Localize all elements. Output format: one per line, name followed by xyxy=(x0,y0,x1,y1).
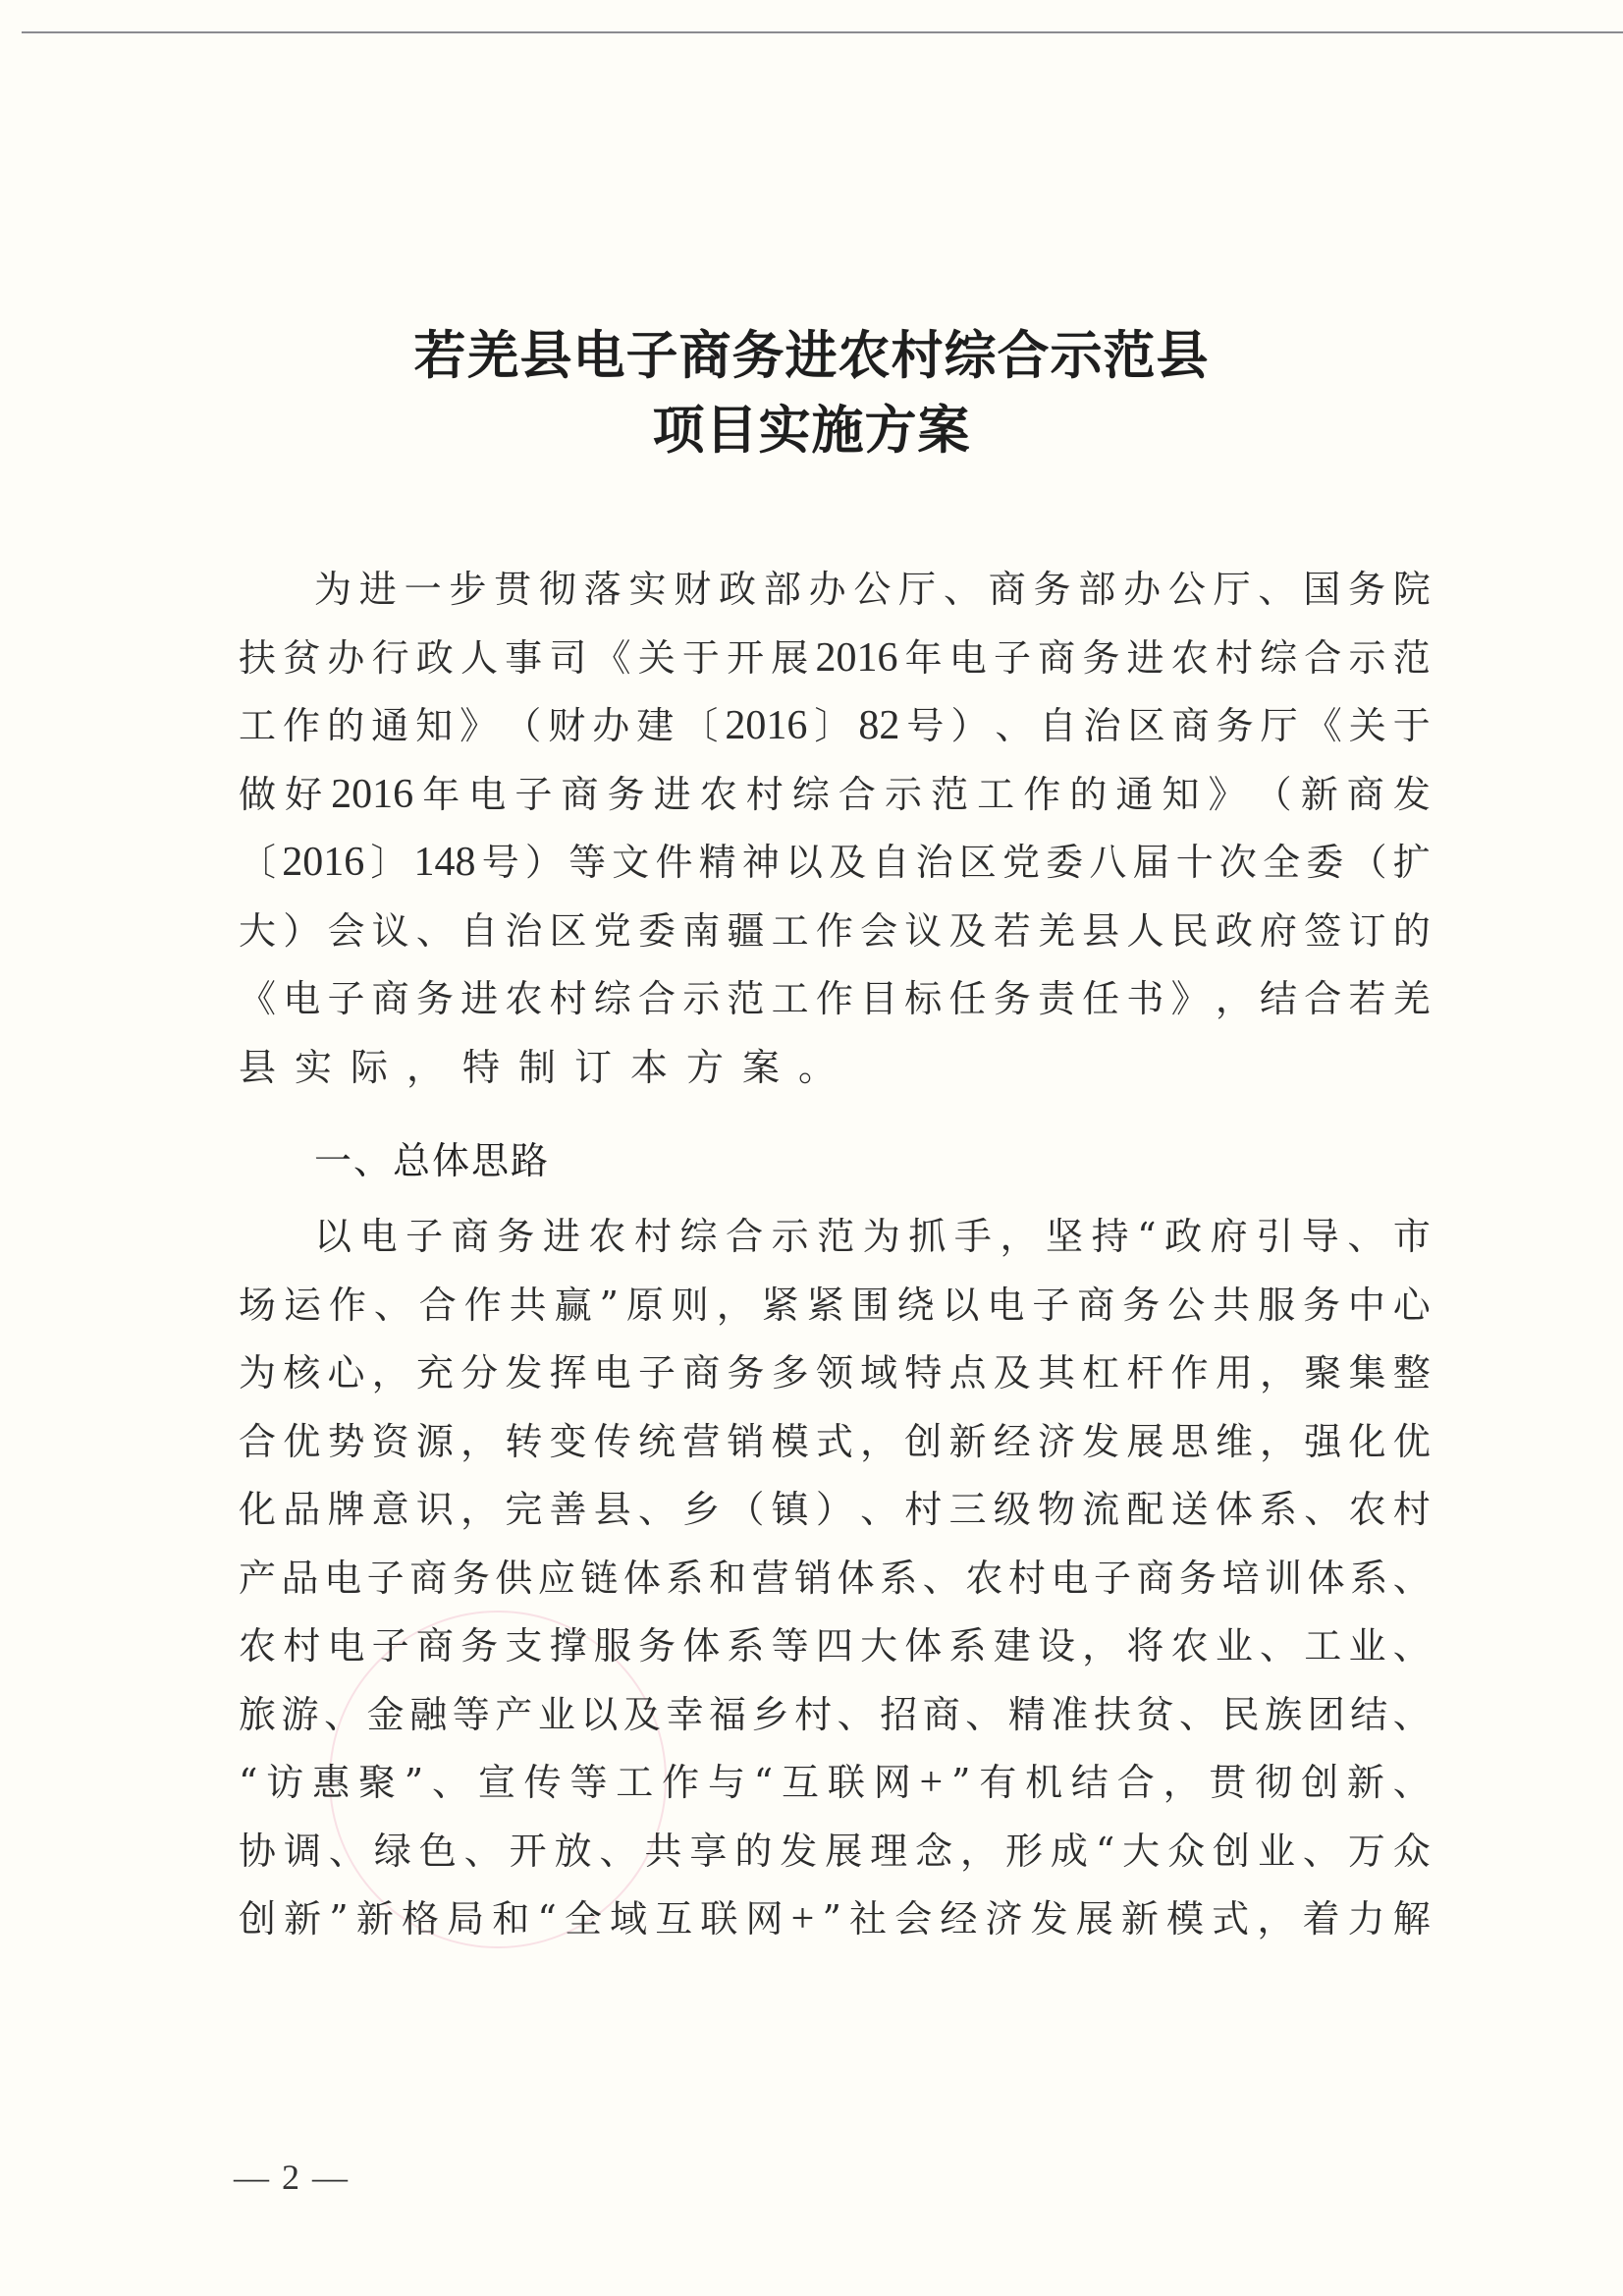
text-line: 场运作、合作共赢”原则，紧紧围绕以电子商务公共服务中心 xyxy=(239,1286,1431,1324)
text-line: 以电子商务进农村综合示范为抓手，坚持“政府引导、市 xyxy=(314,1218,1431,1255)
text-line: 《电子商务进农村综合示范工作目标任务责任书》，结合若羌 xyxy=(239,980,1431,1017)
text-line: 大）会议、自治区党委南疆工作会议及若羌县人民政府签订的 xyxy=(239,912,1431,950)
document-body: 为进一步贯彻落实财政部办公厅、商务部办公厅、国务院 扶贫办行政人事司《关于开展2… xyxy=(239,0,1431,2296)
text-line: 〔2016〕148号）等文件精神以及自治区党委八届十次全委（扩 xyxy=(239,844,1431,881)
text-line: 协调、绿色、开放、共享的发展理念，形成“大众创业、万众 xyxy=(239,1832,1431,1870)
text-line: 创新”新格局和“全域互联网+”社会经济发展新模式，着力解 xyxy=(239,1900,1431,1938)
text-line: 为核心，充分发挥电子商务多领域特点及其杠杆作用，聚集整 xyxy=(239,1354,1431,1392)
section-heading: 一、总体思路 xyxy=(314,1142,550,1179)
text-line: “访惠聚”、宣传等工作与“互联网+”有机结合，贯彻创新、 xyxy=(239,1764,1431,1801)
text-line: 旅游、金融等产业以及幸福乡村、招商、精准扶贫、民族团结、 xyxy=(239,1696,1431,1733)
text-line: 化品牌意识，完善县、乡（镇）、村三级物流配送体系、农村 xyxy=(239,1491,1431,1528)
text-line: 扶贫办行政人事司《关于开展2016年电子商务进农村综合示范 xyxy=(239,639,1431,677)
text-line: 县实际，特制订本方案。 xyxy=(239,1049,1431,1086)
text-line: 农村电子商务支撑服务体系等四大体系建设，将农业、工业、 xyxy=(239,1627,1431,1665)
text-line: 合优势资源，转变传统营销模式，创新经济发展思维，强化优 xyxy=(239,1423,1431,1460)
text-line: 为进一步贯彻落实财政部办公厅、商务部办公厅、国务院 xyxy=(314,571,1431,608)
text-line: 产品电子商务供应链体系和营销体系、农村电子商务培训体系、 xyxy=(239,1559,1431,1597)
text-line: 做好2016年电子商务进农村综合示范工作的通知》（新商发 xyxy=(239,776,1431,813)
page-number: — 2 — xyxy=(234,2157,350,2198)
text-line: 工作的通知》（财办建〔2016〕82号）、自治区商务厅《关于 xyxy=(239,707,1431,744)
